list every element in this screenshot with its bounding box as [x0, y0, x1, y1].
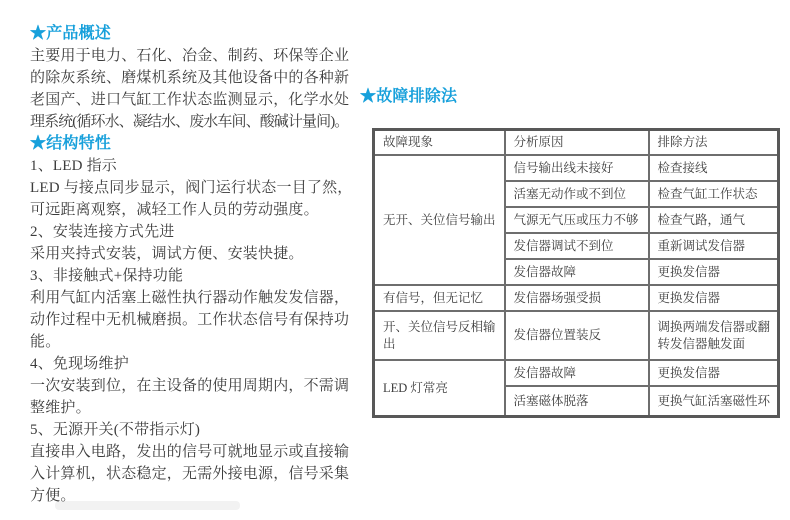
troubleshooting-section: ★故障排除法 故障现象 分析原因 排除方法 无开、关位信号输出 信号输出线未接好…: [360, 87, 780, 418]
cause-cell: 发信器位置装反: [505, 311, 649, 360]
text-line: 能。: [30, 331, 370, 353]
text-line: 3、非接触式+保持功能: [30, 265, 370, 287]
header-cell-remedy: 排除方法: [649, 130, 779, 156]
symptom-cell: 无开、关位信号输出: [374, 155, 505, 285]
cause-cell: 气源无气压或压力不够: [505, 207, 649, 233]
section-heading-features: ★结构特性: [30, 133, 370, 155]
document-page: ★产品概述 主要用于电力、石化、冶金、制药、环保等企业 的除灰系统、磨煤机系统及…: [0, 0, 790, 520]
text-line: 5、无源开关(不带指示灯): [30, 419, 370, 441]
cause-cell: 发信器调试不到位: [505, 233, 649, 259]
header-cell-symptom: 故障现象: [374, 130, 505, 156]
text-line: 1、LED 指示: [30, 155, 370, 177]
cause-cell: 活塞无动作或不到位: [505, 181, 649, 207]
remedy-cell: 更换发信器: [649, 285, 779, 311]
text-line: 入计算机，状态稳定，无需外接电源，信号采集: [30, 463, 370, 485]
text-line: 理系统(循环水、凝结水、废水车间、酸碱计量间)。: [30, 111, 370, 133]
cause-cell: 发信器故障: [505, 360, 649, 386]
watermark-smudge: [55, 501, 240, 510]
text-line: 2、安装连接方式先进: [30, 221, 370, 243]
remedy-cell: 检查接线: [649, 155, 779, 181]
remedy-cell: 检查气缸工作状态: [649, 181, 779, 207]
text-line: LED 与接点同步显示，阀门运行状态一目了然，: [30, 177, 370, 199]
text-line: 利用气缸内活塞上磁性执行器动作触发发信器，: [30, 287, 370, 309]
table-row: LED 灯常亮 发信器故障 更换发信器: [374, 360, 779, 386]
remedy-cell: 检查气路，通气: [649, 207, 779, 233]
text-line: 动作过程中无机械磨损。工作状态信号有保持功: [30, 309, 370, 331]
text-line: 采用夹持式安装，调试方便、安装快捷。: [30, 243, 370, 265]
text-line: 可远距离观察，减轻工作人员的劳动强度。: [30, 199, 370, 221]
table-header-row: 故障现象 分析原因 排除方法: [374, 130, 779, 156]
section-heading-troubleshooting: ★故障排除法: [360, 87, 780, 106]
text-line: 老国产、进口气缸工作状态监测显示，化学水处: [30, 89, 370, 111]
text-line: 4、免现场维护: [30, 353, 370, 375]
remedy-cell: 更换发信器: [649, 259, 779, 285]
header-cell-cause: 分析原因: [505, 130, 649, 156]
symptom-cell: 开、关位信号反相输出: [374, 311, 505, 360]
remedy-cell: 更换发信器: [649, 360, 779, 386]
cause-cell: 发信器场强受损: [505, 285, 649, 311]
remedy-cell: 调换两端发信器或翻转发信器触发面: [649, 311, 779, 360]
remedy-cell: 更换气缸活塞磁性环: [649, 386, 779, 417]
text-line: 一次安装到位，在主设备的使用周期内，不需调: [30, 375, 370, 397]
symptom-cell: 有信号，但无记忆: [374, 285, 505, 311]
troubleshooting-table: 故障现象 分析原因 排除方法 无开、关位信号输出 信号输出线未接好 检查接线 活…: [372, 128, 780, 418]
cause-cell: 信号输出线未接好: [505, 155, 649, 181]
table-row: 开、关位信号反相输出 发信器位置装反 调换两端发信器或翻转发信器触发面: [374, 311, 779, 360]
cause-cell: 发信器故障: [505, 259, 649, 285]
table-row: 无开、关位信号输出 信号输出线未接好 检查接线: [374, 155, 779, 181]
text-line: 主要用于电力、石化、冶金、制药、环保等企业: [30, 45, 370, 67]
section-heading-overview: ★产品概述: [30, 23, 370, 45]
text-line: 的除灰系统、磨煤机系统及其他设备中的各种新: [30, 67, 370, 89]
text-line: 直接串入电路，发出的信号可就地显示或直接输: [30, 441, 370, 463]
remedy-cell: 重新调试发信器: [649, 233, 779, 259]
table-row: 有信号，但无记忆 发信器场强受损 更换发信器: [374, 285, 779, 311]
cause-cell: 活塞磁体脱落: [505, 386, 649, 417]
product-overview-column: ★产品概述 主要用于电力、石化、冶金、制药、环保等企业 的除灰系统、磨煤机系统及…: [30, 23, 370, 507]
symptom-cell: LED 灯常亮: [374, 360, 505, 417]
text-line: 整维护。: [30, 397, 370, 419]
